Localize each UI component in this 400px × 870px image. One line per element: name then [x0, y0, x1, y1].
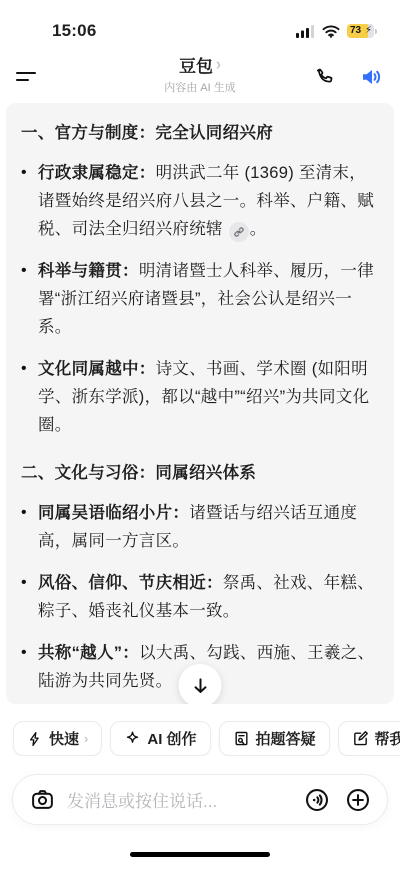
bullet-marker: •: [21, 569, 38, 625]
quick-action-ai-create[interactable]: AI 创作: [110, 721, 210, 756]
quick-action-photo-answer[interactable]: 拍题答疑: [219, 721, 330, 756]
quick-action-label: 拍题答疑: [256, 728, 316, 749]
phone-screen: 15:06 73 ⚡: [0, 0, 400, 870]
chevron-right-icon: ›: [216, 55, 221, 75]
quick-actions-row: 快速 › AI 创作 拍题答疑: [0, 704, 400, 756]
scroll-to-bottom-button[interactable]: [179, 664, 222, 704]
clock: 15:06: [52, 21, 96, 41]
section-heading: 二、文化与习俗：同属绍兴体系: [21, 459, 379, 487]
list-item: • 文化同属越中：诗文、书画、学术圈 (如阳明学、浙东学派)，都以“越中”“绍兴…: [21, 355, 379, 439]
quick-action-help-write[interactable]: 帮我写作: [338, 721, 400, 756]
voice-mode-icon[interactable]: [304, 787, 330, 813]
camera-icon[interactable]: [29, 787, 55, 813]
quick-action-label: AI 创作: [147, 728, 196, 749]
bullet-marker: •: [21, 257, 38, 341]
menu-icon[interactable]: [16, 64, 42, 90]
charging-bolt-icon: ⚡: [365, 25, 372, 36]
bullet-lead: 行政隶属稳定：: [38, 164, 156, 182]
citation-link-icon[interactable]: [229, 222, 249, 242]
message-input-bar[interactable]: 发消息或按住说话...: [12, 774, 388, 825]
speaker-icon[interactable]: [358, 64, 384, 90]
bullet-marker: •: [21, 639, 38, 695]
bullet-lead: 风俗、信仰、节庆相近：: [38, 574, 223, 592]
battery-percent: 73: [350, 25, 361, 36]
photo-question-icon: [233, 730, 250, 747]
cellular-signal-icon: [296, 25, 315, 38]
bullet-lead: 共称“越人”：: [38, 644, 139, 662]
bullet-lead: 文化同属越中：: [38, 360, 156, 378]
assistant-message: 一、官方与制度：完全认同绍兴府 • 行政隶属稳定：明洪武二年 (1369) 至清…: [6, 103, 394, 704]
bullet-marker: •: [21, 499, 38, 555]
edit-icon: [352, 730, 369, 747]
home-indicator-area: [0, 825, 400, 870]
chat-header: 豆包 › 内容由 AI 生成: [0, 50, 400, 103]
app-title: 豆包: [179, 52, 213, 77]
list-item: • 风俗、信仰、节庆相近：祭禹、社戏、年糕、粽子、婚丧礼仪基本一致。: [21, 569, 379, 625]
lightning-icon: [27, 731, 43, 747]
battery-icon: 73 ⚡: [347, 24, 374, 38]
bullet-lead: 同属吴语临绍小片：: [38, 504, 189, 522]
bullet-lead: 科举与籍贯：: [38, 262, 139, 280]
battery-cap: [375, 29, 377, 34]
list-item: • 同属吴语临绍小片：诸暨话与绍兴话互通度高，属同一方言区。: [21, 499, 379, 555]
list-item: • 科举与籍贯：明清诸暨士人科举、履历，一律署“浙江绍兴府诸暨县”，社会公认是绍…: [21, 257, 379, 341]
plus-icon[interactable]: [345, 787, 371, 813]
quick-action-label: 快速: [49, 728, 79, 749]
phone-call-icon[interactable]: [312, 64, 338, 90]
bullet-tail: 。: [250, 220, 267, 238]
message-input-placeholder[interactable]: 发消息或按住说话...: [67, 787, 304, 812]
bullet-marker: •: [21, 159, 38, 243]
quick-action-fast[interactable]: 快速 ›: [13, 721, 102, 756]
list-item: • 行政隶属稳定：明洪武二年 (1369) 至清末，诸暨始终是绍兴府八县之一。科…: [21, 159, 379, 243]
bullet-marker: •: [21, 355, 38, 439]
quick-action-label: 帮我写作: [375, 728, 400, 749]
sparkle-icon: [124, 730, 141, 747]
home-indicator[interactable]: [130, 852, 270, 857]
section-heading: 一、官方与制度：完全认同绍兴府: [21, 119, 379, 147]
chevron-right-icon: ›: [84, 731, 88, 746]
status-bar: 15:06 73 ⚡: [0, 0, 400, 50]
ai-generated-notice: 内容由 AI 生成: [164, 79, 236, 95]
chat-area: 一、官方与制度：完全认同绍兴府 • 行政隶属稳定：明洪武二年 (1369) 至清…: [0, 103, 400, 704]
wifi-icon: [322, 25, 340, 38]
header-title-group[interactable]: 豆包 › 内容由 AI 生成: [164, 52, 236, 95]
